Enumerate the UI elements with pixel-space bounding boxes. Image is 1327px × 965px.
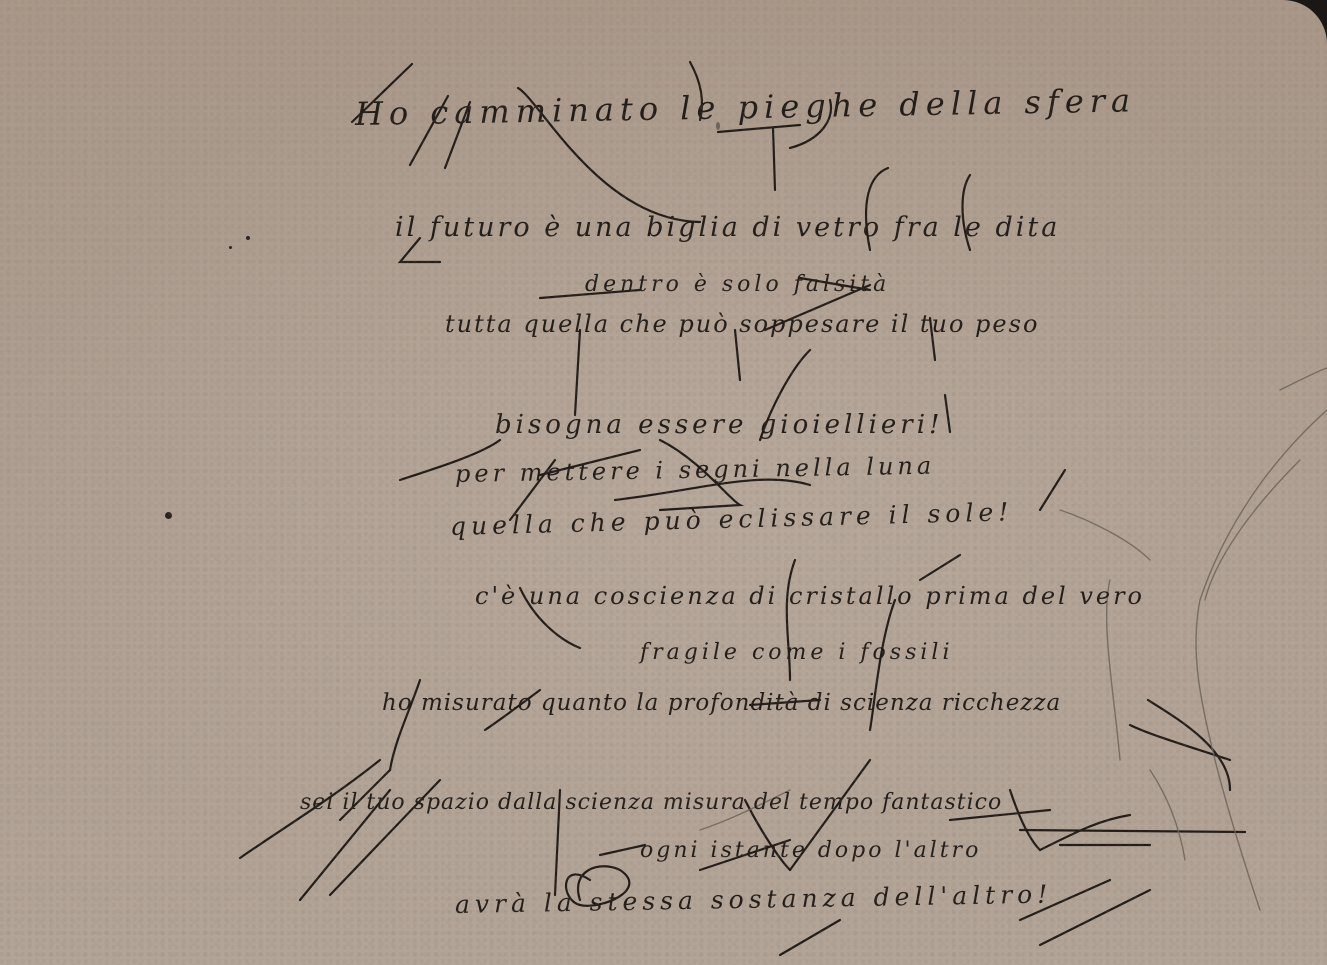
note-line-9: fragile come i fossili	[640, 640, 954, 665]
ink-dot	[229, 246, 232, 249]
note-line-4: tutta quella che può soppesare il tuo pe…	[445, 310, 1039, 338]
note-line-11: sei il tuo spazio dalla scienza misura d…	[300, 790, 1002, 815]
note-line-10: ho misurato quanto la profondità di scie…	[382, 690, 1061, 716]
note-line-3: dentro è solo falsità	[585, 272, 890, 297]
note-line-5: bisogna essere gioiellieri!	[495, 410, 944, 440]
ink-dot	[716, 122, 720, 130]
note-line-12: ogni istante dopo l'altro	[640, 838, 981, 863]
handwritten-note-paper: Ho camminato le pieghe della sfera il fu…	[0, 0, 1327, 965]
ink-dot	[246, 236, 250, 240]
note-line-8: c'è una coscienza di cristallo prima del…	[475, 582, 1145, 610]
ink-dot	[165, 512, 172, 519]
note-line-2: il futuro è una biglia di vetro fra le d…	[395, 212, 1060, 243]
